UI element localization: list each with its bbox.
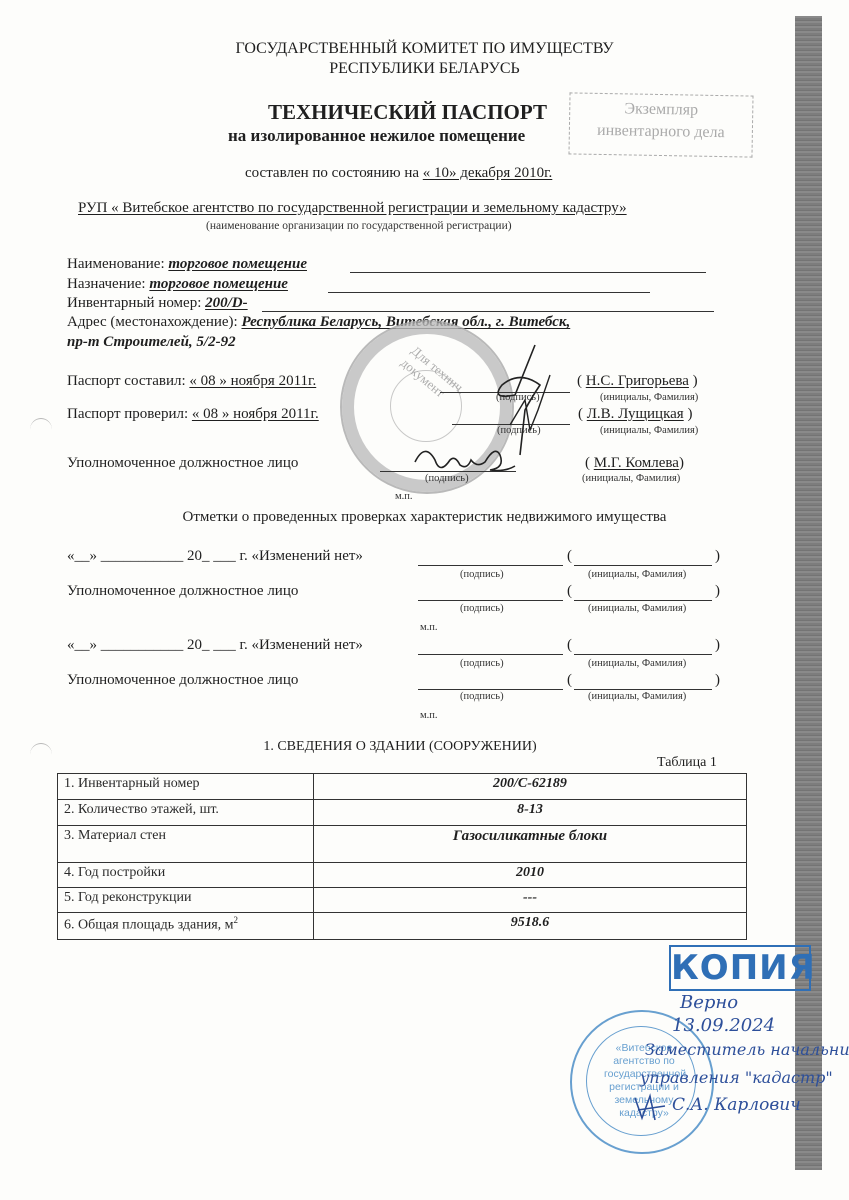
state-date: « 10» декабря 2010г. bbox=[423, 165, 553, 181]
row-key: 2. Количество этажей, шт. bbox=[58, 800, 314, 826]
row-key: 1. Инвентарный номер bbox=[58, 774, 314, 800]
org-line-2: РЕСПУБЛИКИ БЕЛАРУСЬ bbox=[0, 60, 849, 78]
field-label: Инвентарный номер: bbox=[67, 295, 201, 311]
underline bbox=[350, 272, 706, 273]
compiled-date: « 08 » ноября 2011г. bbox=[189, 373, 316, 389]
underline bbox=[328, 292, 650, 293]
signature-karlovich bbox=[630, 1088, 675, 1128]
checked-label: Паспорт проверил: bbox=[67, 406, 188, 422]
row-value: Газосиликатные блоки bbox=[314, 826, 747, 863]
initials-bracket: ( bbox=[567, 548, 572, 565]
page-title: ТЕХНИЧЕСКИЙ ПАСПОРТ bbox=[268, 100, 547, 125]
signature-caption: (подпись) bbox=[460, 691, 504, 702]
checked-by-name: ( Л.В. Лущицкая ) bbox=[578, 406, 692, 423]
field-address: Адрес (местонахождение): Республика Бела… bbox=[67, 314, 570, 331]
table-row: 6. Общая площадь здания, м2 9518.6 bbox=[58, 913, 747, 940]
scan-edge-strip bbox=[795, 16, 822, 1170]
seal-place-mark: м.п. bbox=[420, 710, 438, 721]
row-value: 8-13 bbox=[314, 800, 747, 826]
initials-caption: (инициалы, Фамилия) bbox=[600, 425, 698, 436]
row-key: 6. Общая площадь здания, м2 bbox=[58, 913, 314, 940]
official-name: ( М.Г. Комлева) bbox=[585, 455, 684, 472]
field-value: торговое помещение bbox=[168, 256, 307, 272]
initials-bracket: ) bbox=[715, 637, 720, 654]
initials-bracket: ) bbox=[715, 672, 720, 689]
section-heading: 1. СВЕДЕНИЯ О ЗДАНИИ (СООРУЖЕНИИ) bbox=[0, 739, 800, 755]
initials-line bbox=[574, 689, 712, 690]
seal-place-mark: м.п. bbox=[395, 491, 413, 502]
superscript: 2 bbox=[234, 915, 239, 925]
initials-caption: (инициалы, Фамилия) bbox=[600, 392, 698, 403]
field-name: Наименование: торговое помещение bbox=[67, 256, 307, 273]
compiled-by-row: Паспорт составил: « 08 » ноября 2011г. bbox=[67, 373, 316, 390]
field-value: 200/D- bbox=[205, 295, 248, 311]
field-label: Назначение: bbox=[67, 276, 146, 292]
check-date-blank: «__» ___________ 20_ ___ г. bbox=[67, 637, 248, 653]
handwritten-position: Заместитель начальника bbox=[645, 1040, 849, 1059]
state-date-line: составлен по состоянию на « 10» декабря … bbox=[245, 165, 552, 182]
field-address-line2: пр-т Строителей, 5/2-92 bbox=[67, 334, 236, 351]
check-official-label-2: Уполномоченное должностное лицо bbox=[67, 672, 298, 689]
inventory-copy-stamp: Экземпляр инвентарного дела bbox=[568, 92, 753, 157]
seal-place-mark: м.п. bbox=[420, 622, 438, 633]
field-label: Наименование: bbox=[67, 256, 165, 272]
initials-bracket: ( bbox=[567, 583, 572, 600]
compiled-by-name: ( Н.С. Григорьева ) bbox=[577, 373, 698, 390]
table-row: 5. Год реконструкции --- bbox=[58, 888, 747, 913]
field-label: Адрес (местонахождение): bbox=[67, 314, 238, 330]
no-changes-label: «Изменений нет» bbox=[251, 637, 362, 653]
initials-line bbox=[574, 565, 712, 566]
page-subtitle: на изолированное нежилое помещение bbox=[228, 126, 525, 146]
signature-line bbox=[418, 600, 563, 601]
organization-caption: (наименование организации по государстве… bbox=[206, 220, 512, 232]
handwritten-verified: Верно bbox=[680, 992, 738, 1013]
table-row: 3. Материал стен Газосиликатные блоки bbox=[58, 826, 747, 863]
no-changes-label: «Изменений нет» bbox=[251, 548, 362, 564]
checked-by-row: Паспорт проверил: « 08 » ноября 2011г. bbox=[67, 406, 319, 423]
checked-date: « 08 » ноября 2011г. bbox=[192, 406, 319, 422]
initials-caption: (инициалы, Фамилия) bbox=[588, 691, 686, 702]
table-label: Таблица 1 bbox=[657, 755, 717, 771]
underline bbox=[262, 311, 714, 312]
signature-caption: (подпись) bbox=[460, 569, 504, 580]
field-inventory-number: Инвентарный номер: 200/D- bbox=[67, 295, 248, 312]
official-label: Уполномоченное должностное лицо bbox=[67, 455, 298, 472]
organization-name: РУП « Витебское агентство по государстве… bbox=[78, 200, 627, 217]
punch-hole-mark bbox=[30, 418, 52, 441]
compiled-label: Паспорт составил: bbox=[67, 373, 186, 389]
signature-caption: (подпись) bbox=[460, 603, 504, 614]
compiled-name: Н.С. Григорьева bbox=[586, 373, 689, 389]
stamp-text: инвентарного дела bbox=[570, 119, 752, 144]
initials-bracket: ) bbox=[715, 583, 720, 600]
initials-line bbox=[574, 600, 712, 601]
initials-line bbox=[574, 654, 712, 655]
table-row: 2. Количество этажей, шт. 8-13 bbox=[58, 800, 747, 826]
handwritten-department: управления "кадастр" bbox=[640, 1068, 833, 1087]
signature-line bbox=[418, 565, 563, 566]
initials-caption: (инициалы, Фамилия) bbox=[588, 569, 686, 580]
initials-caption: (инициалы, Фамилия) bbox=[582, 473, 680, 484]
signature-komleva bbox=[405, 440, 520, 480]
field-value: торговое помещение bbox=[149, 276, 288, 292]
handwritten-name: С.А. Карлович bbox=[672, 1095, 801, 1115]
row-key: 3. Материал стен bbox=[58, 826, 314, 863]
initials-bracket: ) bbox=[715, 548, 720, 565]
stamp-text: Экземпляр bbox=[570, 97, 752, 122]
checked-name: Л.В. Лущицкая bbox=[587, 406, 684, 422]
check-official-label-1: Уполномоченное должностное лицо bbox=[67, 583, 298, 600]
official-name-text: М.Г. Комлева bbox=[594, 455, 679, 471]
initials-caption: (инициалы, Фамилия) bbox=[588, 603, 686, 614]
initials-caption: (инициалы, Фамилия) bbox=[588, 658, 686, 669]
checks-heading: Отметки о проведенных проверках характер… bbox=[0, 509, 849, 526]
table-row: 1. Инвентарный номер 200/С-62189 bbox=[58, 774, 747, 800]
check-row-2: «__» ___________ 20_ ___ г. «Изменений н… bbox=[67, 637, 363, 654]
check-date-blank: «__» ___________ 20_ ___ г. bbox=[67, 548, 248, 564]
state-prefix: составлен по состоянию на bbox=[245, 165, 419, 181]
signature-line bbox=[418, 654, 563, 655]
initials-bracket: ( bbox=[567, 637, 572, 654]
row-key-text: 6. Общая площадь здания, м bbox=[64, 918, 234, 933]
row-key: 4. Год постройки bbox=[58, 863, 314, 888]
organization-name-text: РУП « Витебское агентство по государстве… bbox=[78, 200, 627, 216]
check-row-1: «__» ___________ 20_ ___ г. «Изменений н… bbox=[67, 548, 363, 565]
row-value: 200/С-62189 bbox=[314, 774, 747, 800]
building-info-table: 1. Инвентарный номер 200/С-62189 2. Коли… bbox=[57, 773, 747, 940]
row-key: 5. Год реконструкции bbox=[58, 888, 314, 913]
row-value: --- bbox=[314, 888, 747, 913]
row-value: 9518.6 bbox=[314, 913, 747, 940]
initials-bracket: ( bbox=[567, 672, 572, 689]
copy-stamp: КОПИЯ bbox=[669, 945, 811, 991]
handwritten-date: 13.09.2024 bbox=[672, 1015, 775, 1036]
signature-line bbox=[418, 689, 563, 690]
signature-caption: (подпись) bbox=[460, 658, 504, 669]
field-purpose: Назначение: торговое помещение bbox=[67, 276, 288, 293]
table-row: 4. Год постройки 2010 bbox=[58, 863, 747, 888]
row-value: 2010 bbox=[314, 863, 747, 888]
org-line-1: ГОСУДАРСТВЕННЫЙ КОМИТЕТ ПО ИМУЩЕСТВУ bbox=[0, 40, 849, 58]
